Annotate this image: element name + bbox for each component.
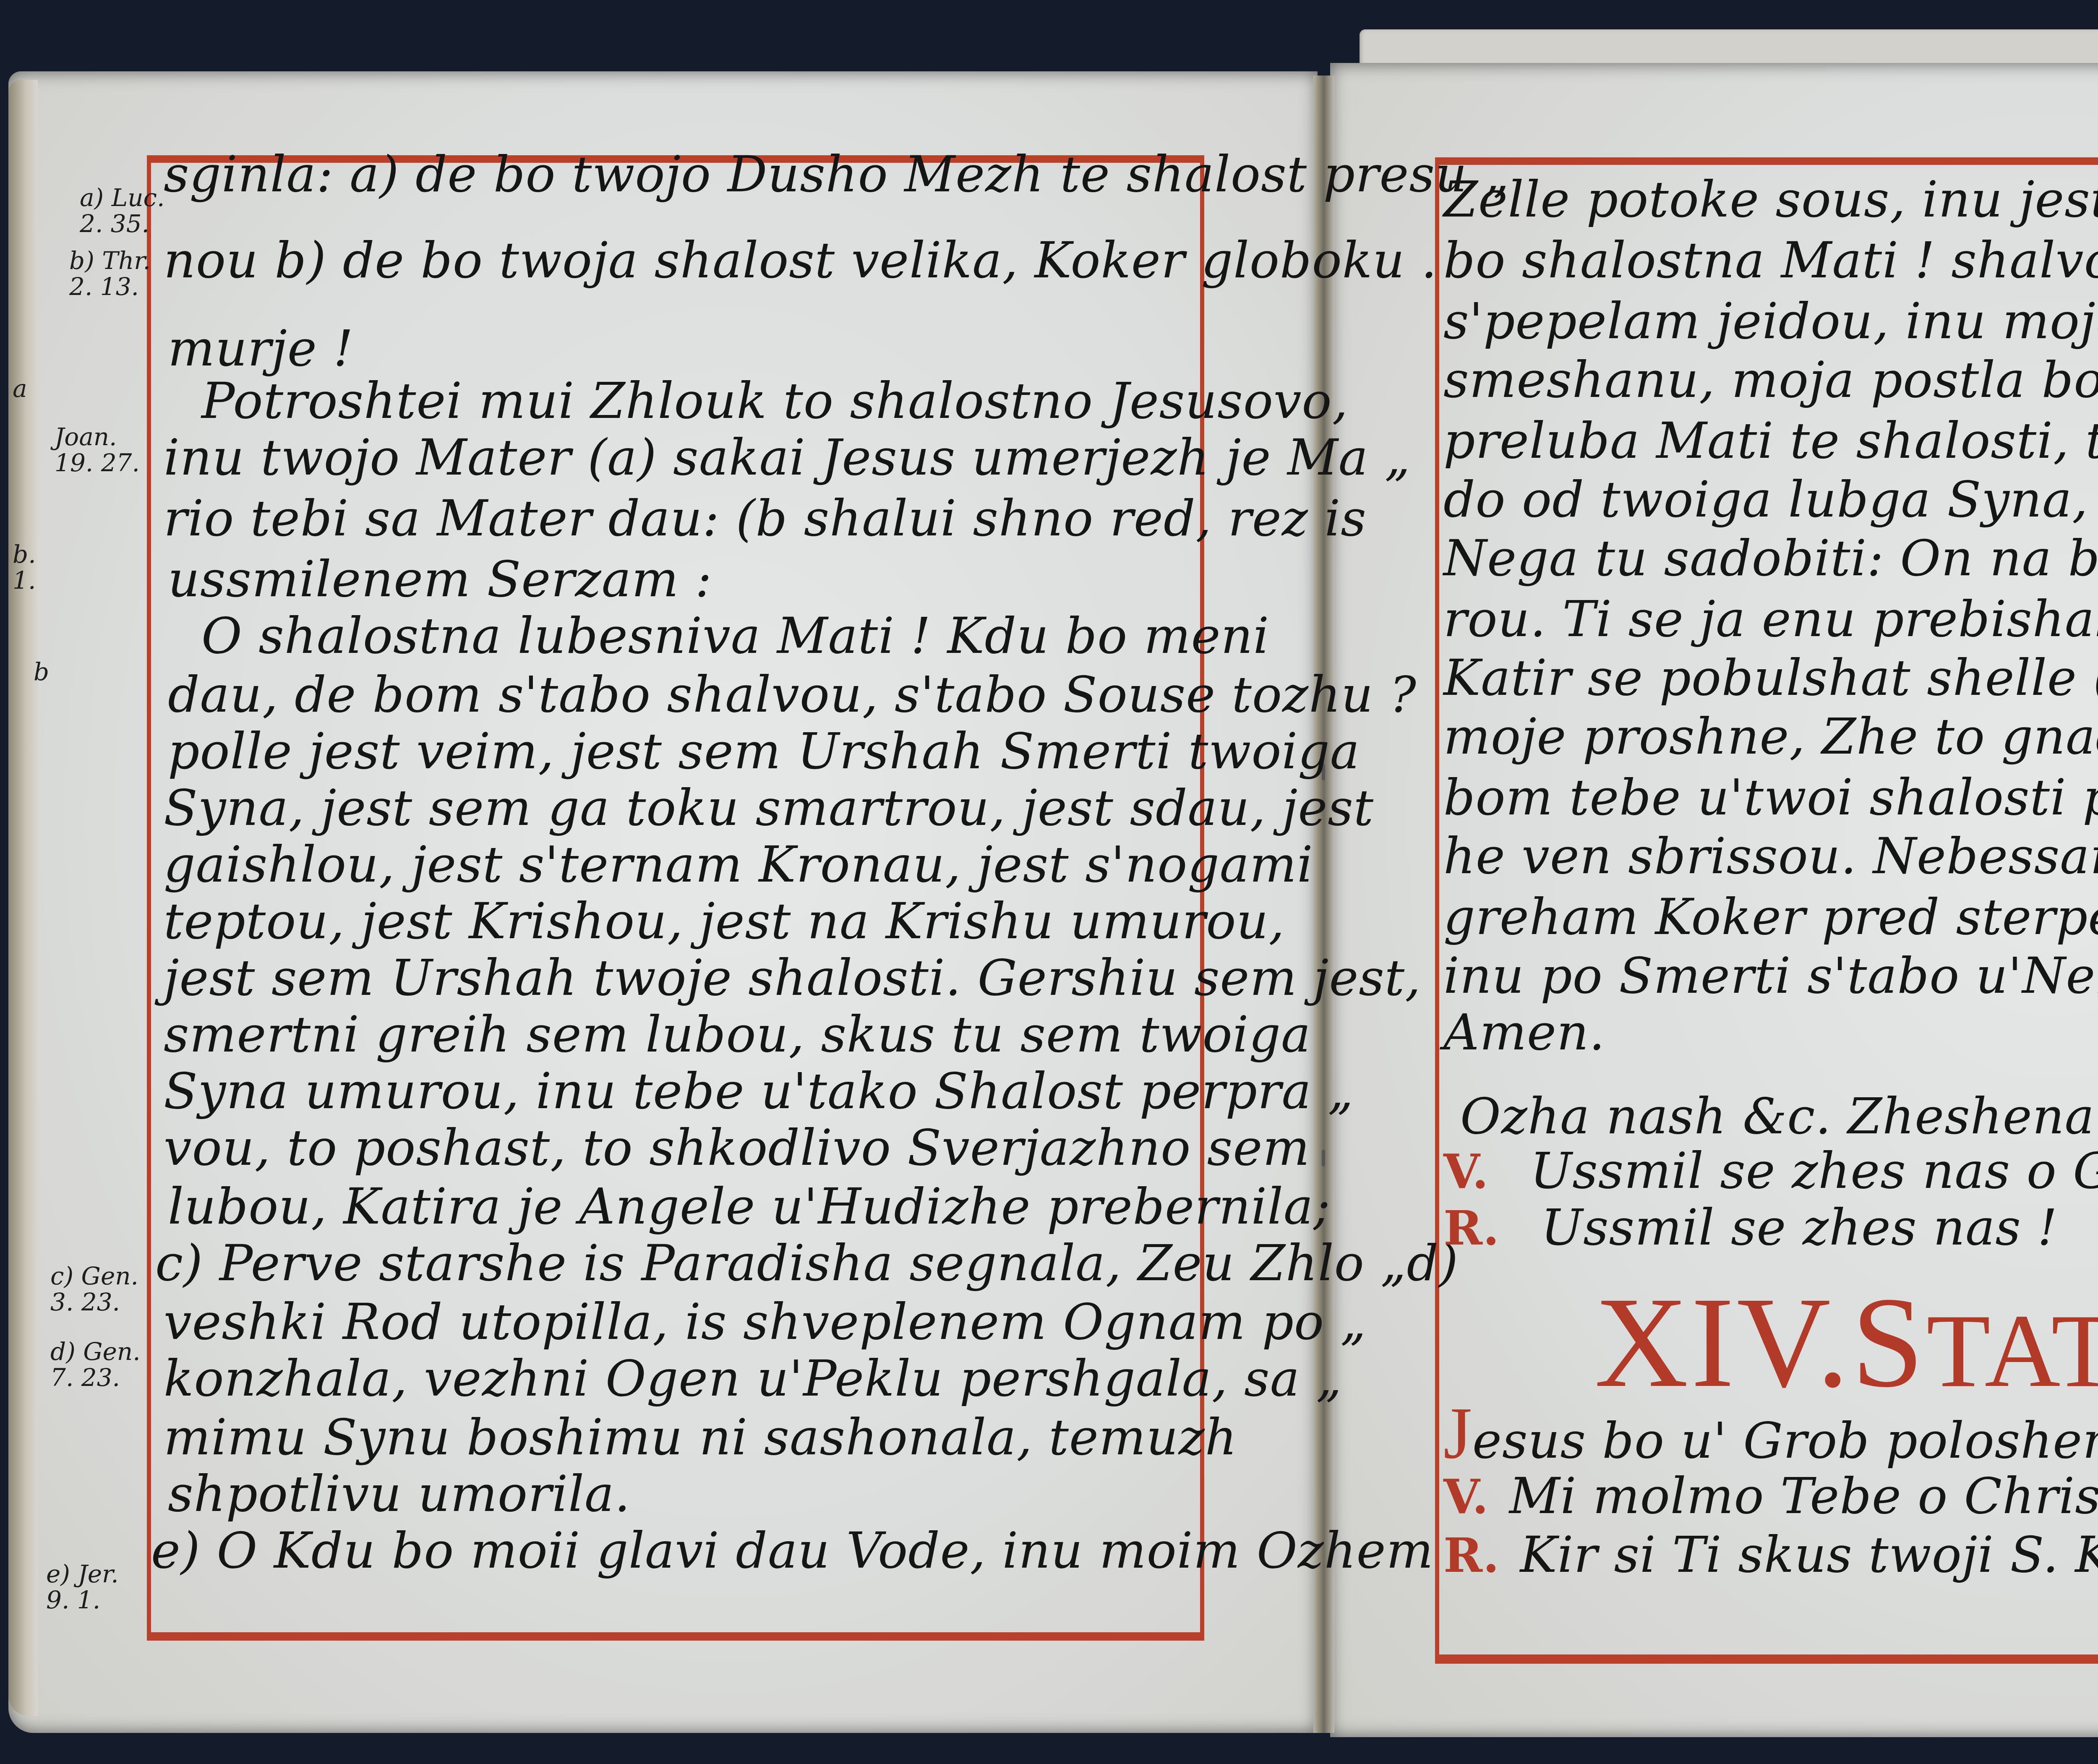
- text-line: shpotlivu umorila.: [168, 1462, 631, 1525]
- margin-note: a) Luc. 2. 35.: [80, 185, 164, 237]
- text-line: inu po Smerti s'tabo u'Nebessih se vesse…: [1443, 944, 2098, 1007]
- margin-note: b) Thr. 2. 13.: [69, 248, 151, 300]
- margin-note: d) Gen. 7. 23.: [50, 1339, 141, 1391]
- versicle-mark: V.: [1443, 1469, 1489, 1524]
- text-line: konzhala, vezhni Ogen u'Peklu pershgala,…: [164, 1347, 1342, 1410]
- subtitle-text: esus bo u' Grob poloshen.: [1472, 1412, 2098, 1469]
- text-line: smertni greih sem lubou, skus tu sem two…: [164, 1003, 1311, 1066]
- text-line: bom tebe u'twoi shalosti potroshtou, moj…: [1443, 766, 2098, 829]
- margin-note: b: [34, 659, 49, 685]
- text-line: Zelle potoke sous, inu jest bom nuzh, in…: [1443, 168, 2098, 231]
- response-line: R. Ussmil se zhes nas !: [1443, 1196, 2058, 1260]
- text-line: c) Perve starshe is Paradisha segnala, Z…: [155, 1232, 1459, 1294]
- station-number: XIV.: [1594, 1271, 1852, 1414]
- text-line: vou, to poshast, to shkodlivo Sverjazhno…: [164, 1116, 1310, 1179]
- text-line: smeshanu, moja postla bo mokra od sous (…: [1443, 348, 2098, 411]
- text-line: Katir se pobulshat shelle (e. Ushlish te…: [1443, 646, 2098, 709]
- station-title-initial: S: [1852, 1271, 1926, 1414]
- text-line: rou. Ti se ja enu prebishalshe teh gresh…: [1443, 587, 2098, 650]
- versicle-mark: V.: [1443, 1144, 1489, 1199]
- text-line: ussmilenem Serzam :: [168, 548, 712, 611]
- station-heading: XIV.STATION.: [1594, 1276, 2098, 1418]
- text-line: mimu Synu boshimu ni sashonala, temuzh: [164, 1406, 1237, 1469]
- versicle-text: Ussmil se zhes nas o Gospud !: [1530, 1142, 2098, 1200]
- closing-versicle-line: V. Mi molmo Tebe o Christe ! inu Tebe hu…: [1443, 1464, 2098, 1529]
- book-gutter: [1313, 76, 1334, 1733]
- text-line: preluba Mati te shalosti, ti sprossi men…: [1443, 409, 2098, 472]
- text-line: veshki Rod utopilla, is shveplenem Ognam…: [164, 1290, 1367, 1353]
- text-line: dau, de bom s'tabo shalvou, s'tabo Souse…: [168, 663, 1417, 726]
- closing-response-line: R. Kir si Ti skus twoji S. Krish ta Svei…: [1443, 1523, 2098, 1587]
- text-line: nou b) de bo twoja shalost velika, Koker…: [164, 229, 1437, 292]
- response-mark: R.: [1443, 1201, 1500, 1256]
- text-line: s'pepelam jeidou, inu moje pitje bo is s…: [1443, 290, 2098, 352]
- text-line: rio tebi sa Mater dau: (b shalui shno re…: [164, 487, 1367, 550]
- binding-stitch: [1322, 1150, 1325, 1166]
- margin-note: c) Gen. 3. 23.: [50, 1263, 138, 1315]
- text-line: Potroshtei mui Zhlouk to shalostno Jesus…: [201, 369, 1348, 432]
- text-line: Ozha nash &c. Zheshena &c. Zhast &c.: [1460, 1085, 2098, 1148]
- margin-note: a: [13, 376, 27, 402]
- station-title-rest: TATION.: [1926, 1293, 2098, 1409]
- margin-note: Joan. 19. 27.: [55, 424, 140, 476]
- text-line: e) O Kdu bo moii glavi dau Vode, inu moi…: [151, 1519, 1434, 1582]
- left-page-fore-edge: [8, 80, 38, 1716]
- text-line: moje proshne, Zhe to gnado skus tebe sad…: [1443, 705, 2098, 768]
- text-line: gaishlou, jest s'ternam Kronau, jest s'n…: [164, 833, 1313, 896]
- text-line: teptou, jest Krishou, jest na Krishu umu…: [164, 890, 1285, 952]
- versicle-line: V. Ussmil se zhes nas o Gospud !: [1443, 1139, 2098, 1203]
- margin-note: e) Jer. 9. 1.: [46, 1561, 119, 1613]
- text-line: jest sem Urshah twoje shalosti. Gershiu …: [164, 946, 1421, 1009]
- text-line: greham Koker pred sterpeno Kazho beishou…: [1443, 885, 2098, 948]
- text-line: Syna, jest sem ga toku smartrou, jest sd…: [164, 776, 1374, 839]
- text-line: he ven sbrissou. Nebessam vessele delou,…: [1443, 825, 2098, 887]
- station-subtitle: Jesus bo u' Grob poloshen.: [1443, 1401, 2098, 1472]
- text-line: Amen.: [1443, 1001, 1605, 1064]
- response-text: Ussmil se zhes nas !: [1541, 1198, 2058, 1256]
- text-line: Syna umurou, inu tebe u'tako Shalost per…: [164, 1059, 1354, 1122]
- margin-note: b. 1.: [13, 541, 36, 593]
- text-line: bo shalostna Mati ! shalvou, jest bom mo…: [1443, 229, 2098, 292]
- text-line: lubou, Katira je Angele u'Hudizhe preber…: [168, 1175, 1331, 1238]
- response-text: Kir si Ti skus twoji S. Krish ta Sveit o…: [1520, 1526, 2098, 1584]
- subtitle-dropcap: J: [1443, 1392, 1472, 1474]
- text-line: Nega tu sadobiti: On na bo tebi nezh dol…: [1443, 527, 2098, 590]
- text-line: sginla: a) de bo twojo Dusho Mezh te sha…: [164, 143, 1510, 206]
- response-mark: R.: [1443, 1528, 1500, 1583]
- versicle-text: Mi molmo Tebe o Christe ! inu Tebe hualm…: [1509, 1467, 2098, 1525]
- text-line: O shalostna lubesniva Mati ! Kdu bo meni: [201, 604, 1269, 667]
- text-line: polle jest veim, jest sem Urshah Smerti …: [168, 720, 1360, 783]
- text-line: do od twoiga lubga Syna, ti ja premoresh…: [1443, 468, 2098, 531]
- text-line: inu twojo Mater (a) sakai Jesus umerjezh…: [164, 426, 1411, 489]
